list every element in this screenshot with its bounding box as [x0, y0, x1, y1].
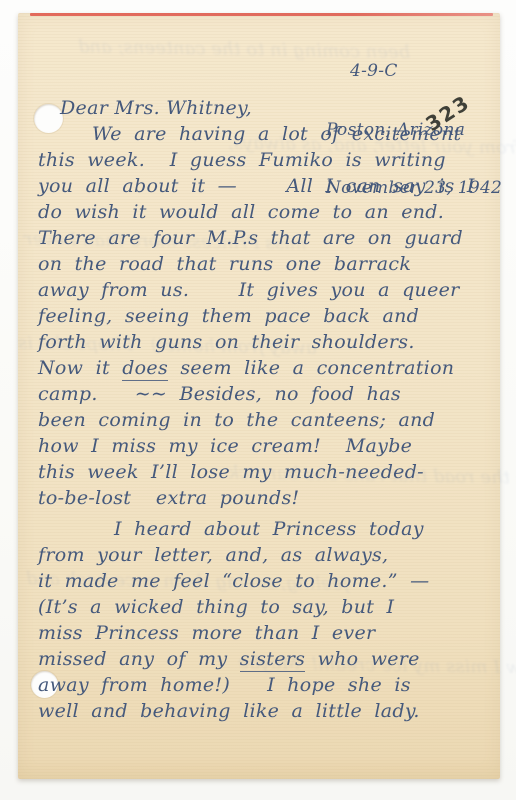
handwritten-line: it made me feel “close to home.” — — [38, 568, 496, 594]
handwritten-line: missed any of my sisters who were — [38, 646, 496, 672]
handwritten-line: do wish it would all come to an end. — [38, 199, 496, 225]
handwritten-line: this week I’ll lose my much-needed- — [38, 459, 496, 485]
handwritten-line: well and behaving like a little lady. — [38, 698, 496, 724]
line-text: missed any of my — [38, 648, 240, 670]
underlined-word: does — [122, 357, 168, 381]
underlined-word: sisters — [240, 648, 305, 672]
letter-page: been coming in to the canteens; and from… — [18, 13, 500, 779]
line-text: Now it — [38, 357, 122, 379]
letter-body: We are having a lot of excitement this w… — [38, 121, 496, 724]
handwritten-line: We are having a lot of excitement — [38, 121, 496, 147]
handwritten-line: away from home!) I hope she is — [38, 672, 496, 698]
handwritten-line: camp. ∼∼ Besides, no food has — [38, 381, 496, 407]
salutation: Dear Mrs. Whitney, — [60, 97, 252, 119]
handwritten-line: (It’s a wicked thing to say, but I — [38, 594, 496, 620]
heading-address-line: 4-9-C — [326, 62, 502, 82]
handwritten-line: you all about it — All I can say is I — [38, 173, 496, 199]
handwritten-line: miss Princess more than I ever — [38, 620, 496, 646]
handwritten-line: forth with guns on their shoulders. — [38, 329, 496, 355]
line-text: seem like a concentration — [168, 357, 454, 379]
handwritten-line: from your letter, and, as always, — [38, 542, 496, 568]
handwritten-line: this week. I guess Fumiko is writing — [38, 147, 496, 173]
line-text: who were — [305, 648, 420, 670]
paper-red-edge — [30, 13, 493, 16]
scan-background: been coming in to the canteens; and from… — [0, 0, 516, 800]
handwritten-line: I heard about Princess today — [38, 516, 496, 542]
handwritten-line: Now it does seem like a concentration — [38, 355, 496, 381]
handwritten-line: on the road that runs one barrack — [38, 251, 496, 277]
handwritten-line: how I miss my ice cream! Maybe — [38, 433, 496, 459]
handwritten-line: away from us. It gives you a queer — [38, 277, 496, 303]
handwritten-line: feeling, seeing them pace back and — [38, 303, 496, 329]
handwritten-line: been coming in to the canteens; and — [38, 407, 496, 433]
handwritten-line: to-be-lost extra pounds! — [38, 485, 496, 511]
handwritten-line: There are four M.P.s that are on guard — [38, 225, 496, 251]
